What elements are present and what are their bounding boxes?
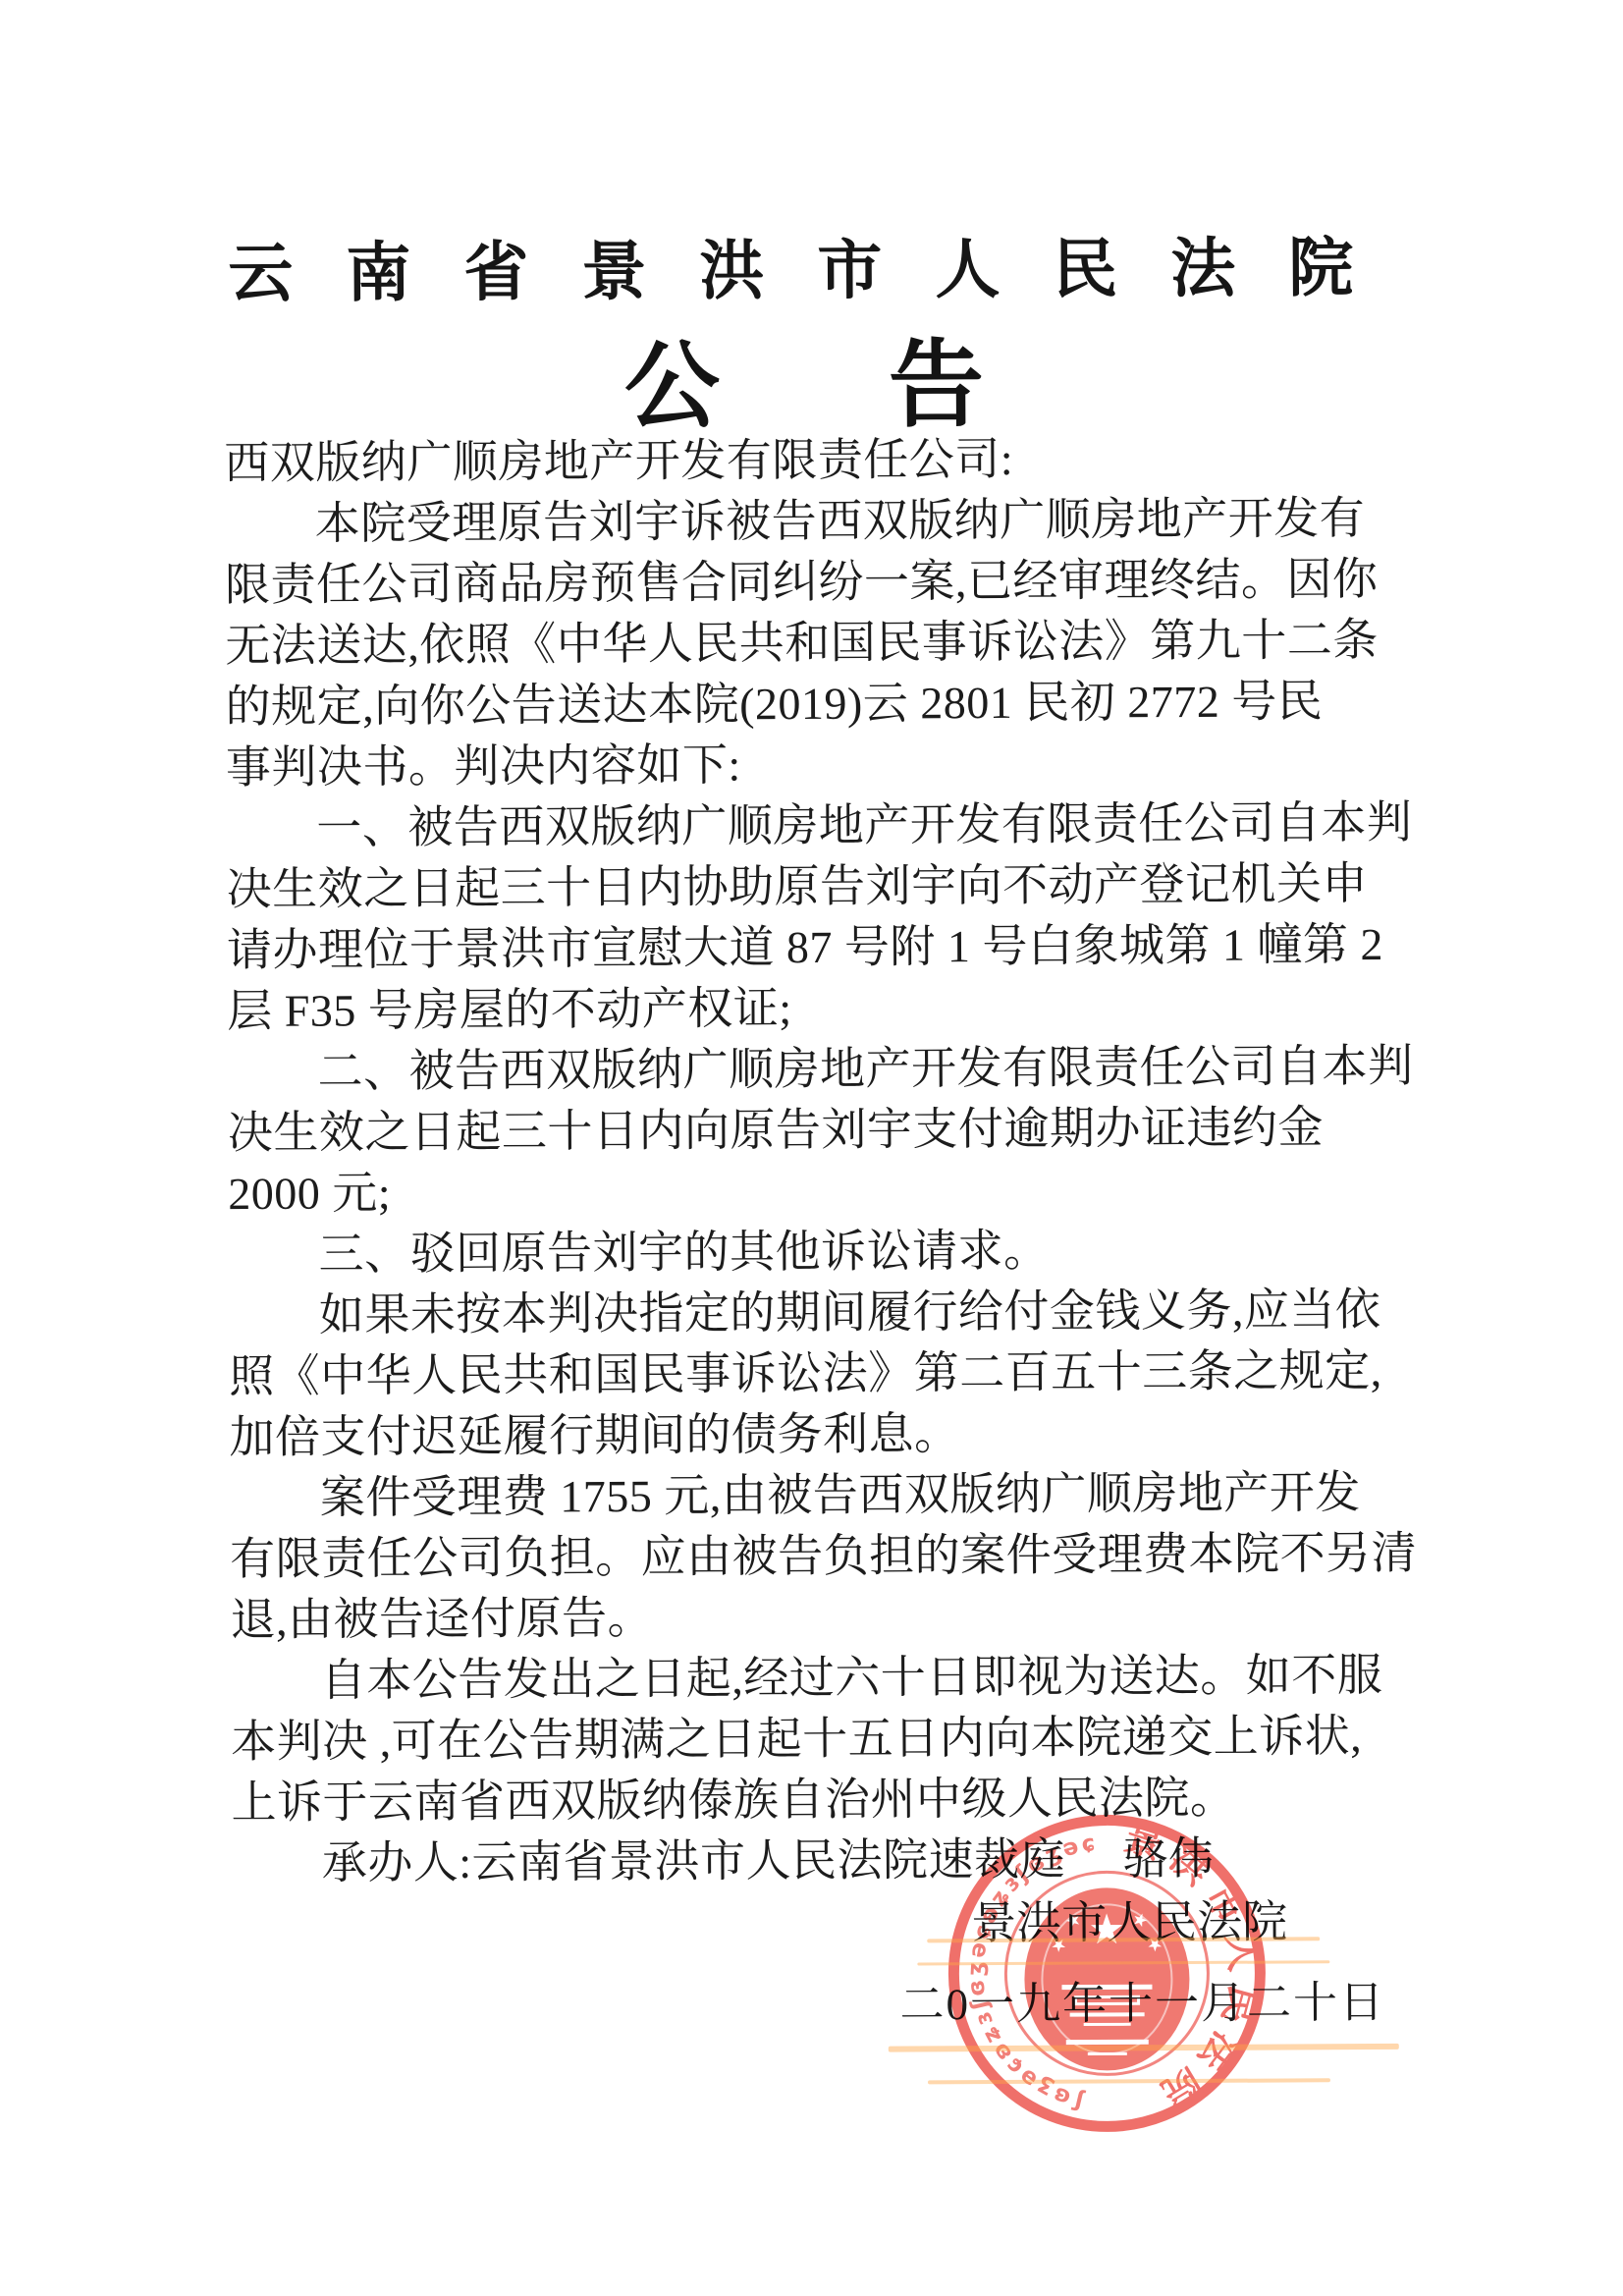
body-line: 限责任公司商品房预售合同纠纷一案,已经审理终结。因你 [225, 549, 1423, 616]
body-line: 请办理位于景洪市宣慰大道 87 号附 1 号白象城第 1 幢第 2 [227, 914, 1425, 981]
body-line: 决生效之日起三十日内协助原告刘宇向不动产登记机关申 [226, 853, 1424, 920]
body-line: 无法送达,依照《中华人民共和国民事诉讼法》第九十二条 [225, 610, 1423, 677]
body-line: 层 F35 号房屋的不动产权证; [227, 975, 1425, 1042]
body-line: 本判决 ,可在公告期满之日起十五日内向本院递交上诉状, [231, 1706, 1429, 1773]
document-page: 云南省景洪市人民法院 公告 西双版纳广顺房地产开发有限责任公司:本院受理原告刘宇… [0, 0, 1623, 2296]
body-line: 的规定,向你公告送达本院(2019)云 2801 民初 2772 号民 [225, 671, 1423, 738]
body-line: 事判决书。判决内容如下: [226, 732, 1424, 798]
body-line: 本院受理原告刘宇诉被告西双版纳广顺房地产开发有 [225, 488, 1423, 555]
body-line: 有限责任公司负担。应由被告负担的案件受理费本院不另清 [230, 1523, 1428, 1590]
body-line: 一、被告西双版纳广顺房地产开发有限责任公司自本判 [226, 793, 1424, 859]
body-line: 三、驳回原告刘宇的其他诉讼请求。 [228, 1219, 1426, 1285]
court-seal-icon: 景洪市人民法院 ʃɞʒəɕʚʑɜʃɞʒəɕʚʑɜʃɞʒəɕʚʑɜʃɞ [940, 1806, 1275, 2142]
body-line: 二、被告西双版纳广顺房地产开发有限责任公司自本判 [227, 1036, 1425, 1103]
body-line: 决生效之日起三十日内向原告刘宇支付逾期办证违约金 [228, 1097, 1426, 1164]
body-line: 退,由被告迳付原告。 [230, 1584, 1428, 1651]
body-line: 2000 元; [228, 1158, 1426, 1225]
body-line: 西双版纳广顺房地产开发有限责任公司: [224, 427, 1422, 494]
body-line: 加倍支付迟延履行期间的债务利息。 [229, 1401, 1427, 1468]
doc-type-title: 公告 [624, 306, 1154, 447]
body-text: 西双版纳广顺房地产开发有限责任公司:本院受理原告刘宇诉被告西双版纳广顺房地产开发… [224, 427, 1430, 1894]
body-line: 照《中华人民共和国民事诉讼法》第二百五十三条之规定, [229, 1340, 1427, 1407]
seal-emblem [1024, 1887, 1190, 2071]
court-title: 云南省景洪市人民法院 [228, 215, 1406, 314]
body-line: 自本公告发出之日起,经过六十日即视为送达。如不服 [231, 1645, 1429, 1712]
body-line: 案件受理费 1755 元,由被告西双版纳广顺房地产开发 [230, 1462, 1428, 1529]
body-line: 如果未按本判决指定的期间履行给付金钱义务,应当依 [229, 1280, 1427, 1346]
